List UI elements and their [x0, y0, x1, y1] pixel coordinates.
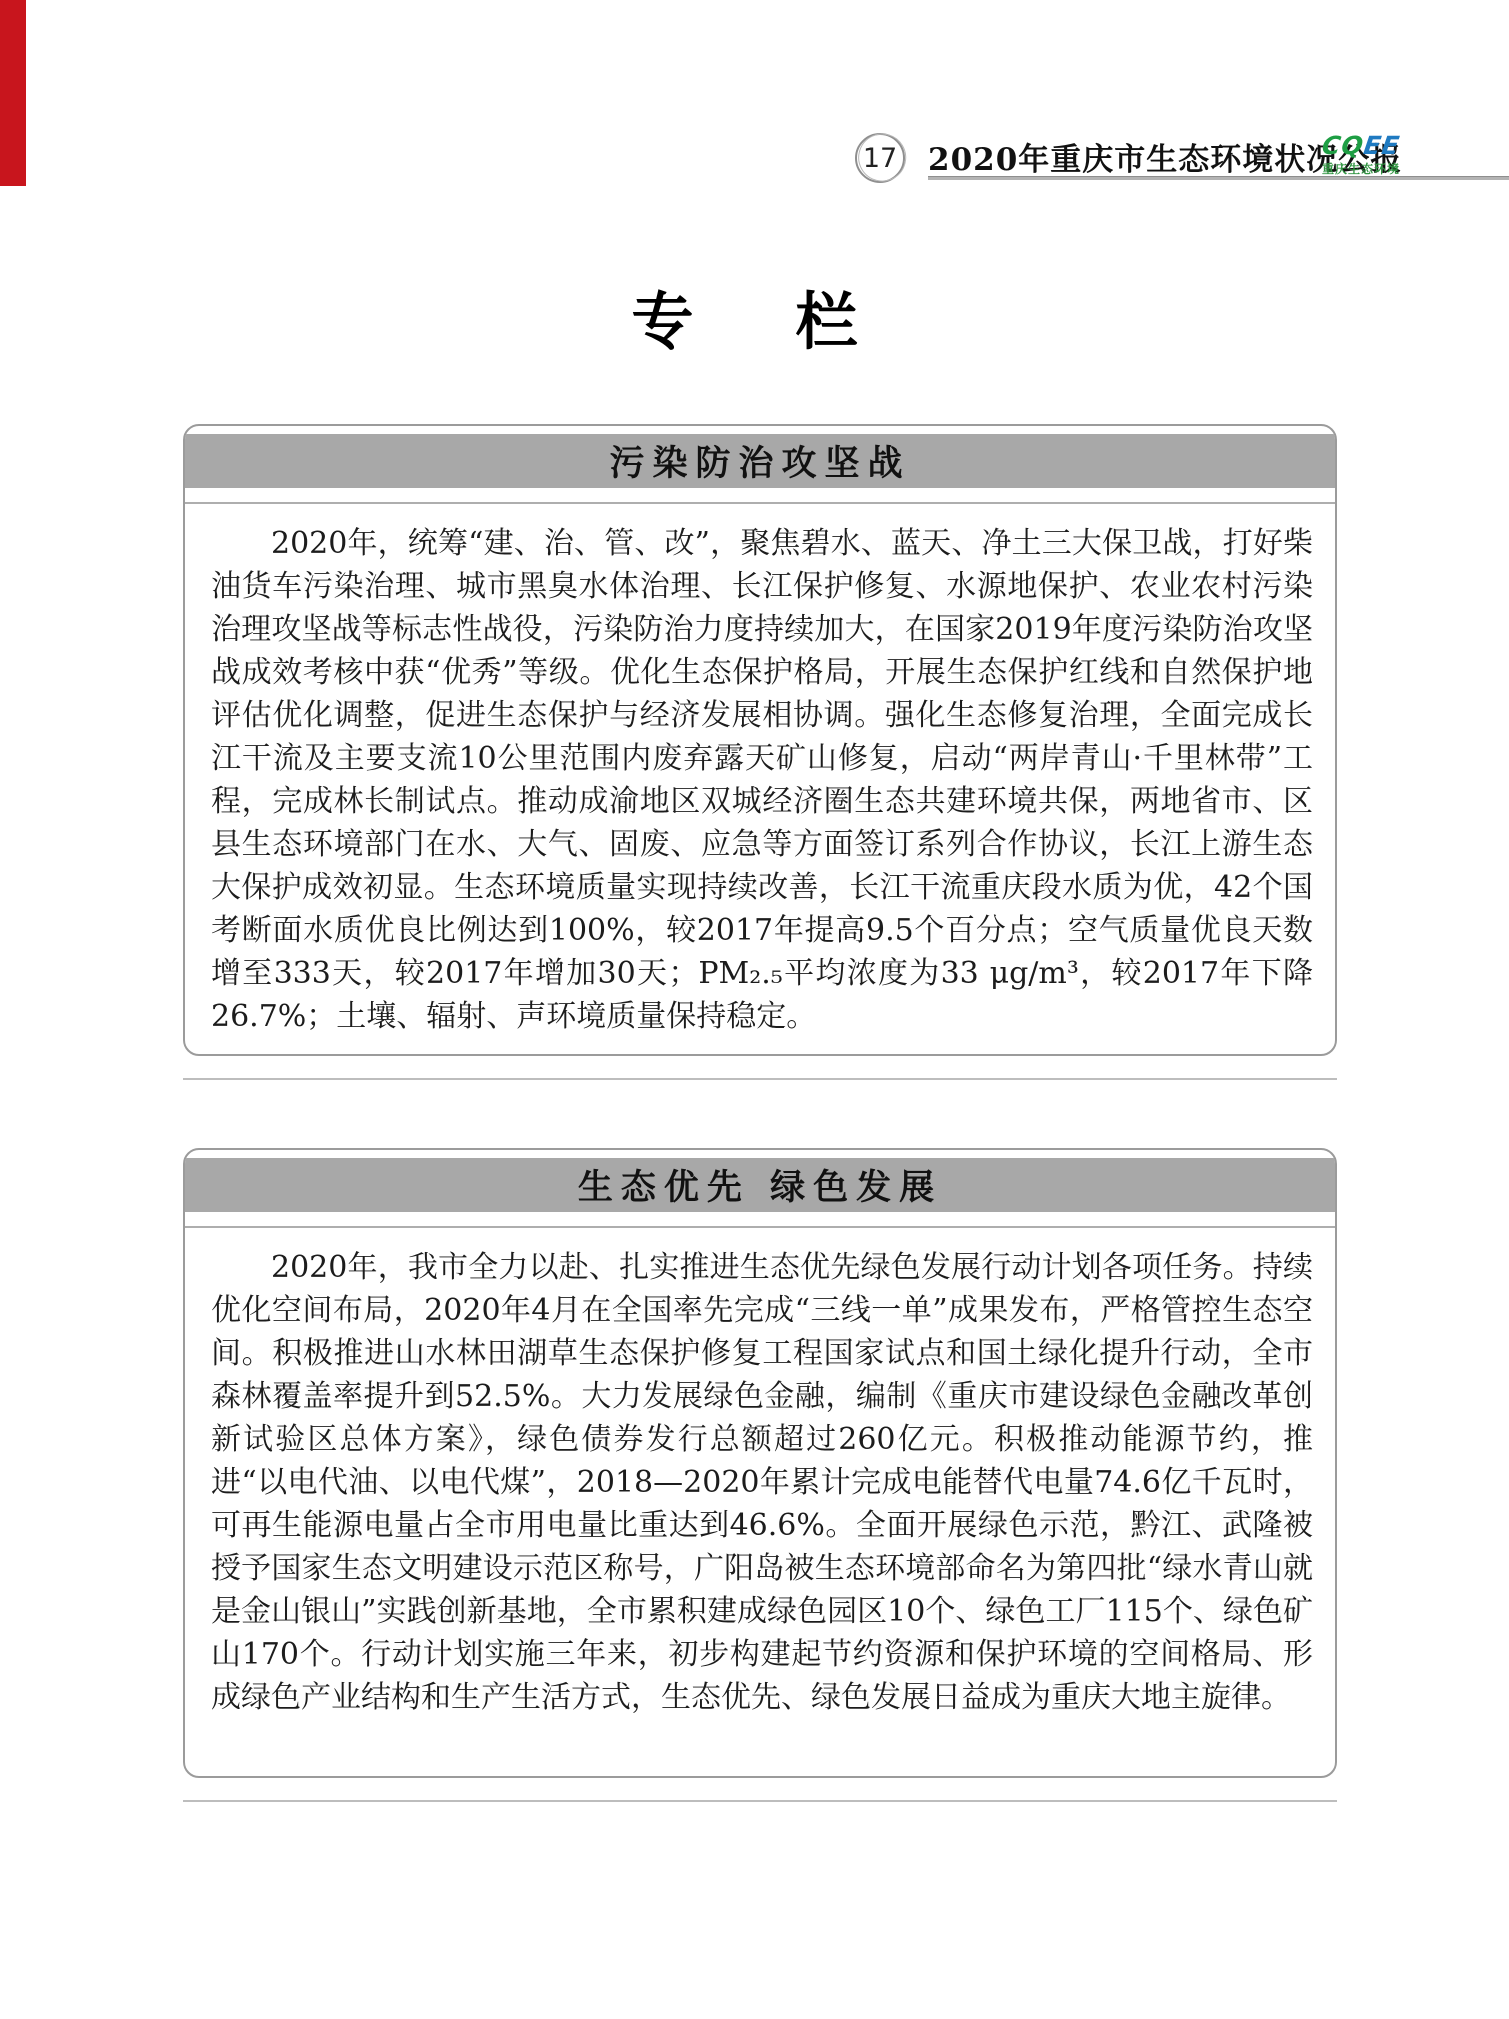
section-title-rule	[185, 1226, 1335, 1228]
section-paragraph: 2020年，统筹“建、治、管、改”，聚焦碧水、蓝天、净土三大保卫战，打好柴油货车…	[211, 522, 1313, 1038]
logo-acronym: CQEE	[1304, 133, 1418, 159]
section-green-development: 生态优先 绿色发展 2020年，我市全力以赴、扎实推进生态优先绿色发展行动计划各…	[183, 1148, 1337, 1778]
section-title-bar: 生态优先 绿色发展	[185, 1158, 1335, 1212]
section-title-bar: 污染防治攻坚战	[185, 434, 1335, 488]
page-number: 17	[863, 143, 897, 174]
section-title: 生态优先 绿色发展	[578, 1160, 942, 1210]
cqee-logo: CQEE 重庆生态环境	[1306, 133, 1416, 177]
logo-subtitle: 重庆生态环境	[1306, 160, 1416, 177]
section-paragraph: 2020年，我市全力以赴、扎实推进生态优先绿色发展行动计划各项任务。持续优化空间…	[211, 1246, 1313, 1719]
report-page: 17 2020年重庆市生态环境状况公报 CQEE 重庆生态环境 专 栏 污染防治…	[0, 0, 1509, 2019]
red-edge-stripe	[0, 0, 26, 186]
section-pollution-control: 污染防治攻坚战 2020年，统筹“建、治、管、改”，聚焦碧水、蓝天、净土三大保卫…	[183, 424, 1337, 1056]
column-title: 专 栏	[0, 272, 1509, 361]
header-rule	[928, 176, 1509, 180]
section-title-rule	[185, 502, 1335, 504]
logo-part-blue: EE	[1362, 131, 1402, 160]
logo-part-green: CQ	[1320, 131, 1366, 160]
box-bottom-line	[183, 1800, 1337, 1802]
box-bottom-line	[183, 1078, 1337, 1080]
section-title: 污染防治攻坚战	[609, 436, 910, 486]
page-number-badge: 17	[855, 133, 905, 183]
